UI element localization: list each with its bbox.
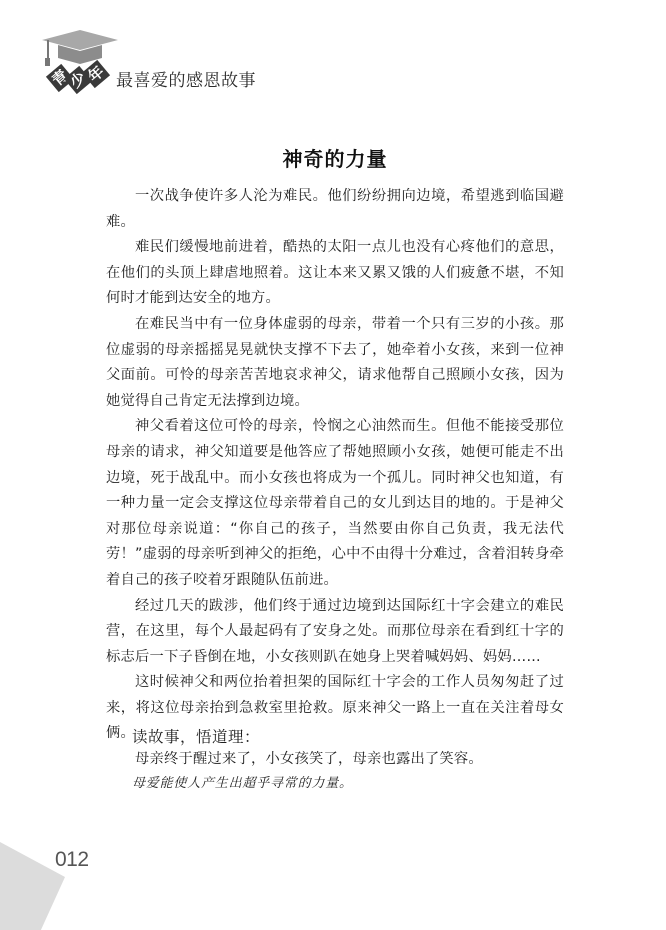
article-title: 神奇的力量 xyxy=(0,143,666,172)
lesson-text: 母爱能使人产生出超乎寻常的力量。 xyxy=(132,772,353,791)
paragraph: 在难民当中有一位身体虚弱的母亲，带着一个只有三岁的小孩。那位虚弱的母亲摇摇晃晃就… xyxy=(106,312,564,414)
page-header: 青 少 年 最喜爱的感恩故事 xyxy=(0,0,666,100)
paragraph: 神父看着这位可怜的母亲，怜悯之心油然而生。但他不能接受那位母亲的请求，神父知道要… xyxy=(106,414,564,593)
series-logo: 青 少 年 xyxy=(48,62,112,94)
paragraph: 难民们缓慢地前进着，酷热的太阳一点儿也没有心疼他们的意思，在他们的头顶上肆虐地照… xyxy=(106,235,564,312)
article-body: 一次战争使许多人沦为难民。他们纷纷拥向边境，希望逃到临国避难。 难民们缓慢地前进… xyxy=(106,184,564,773)
paragraph: 母亲终于醒过来了，小女孩笑了，母亲也露出了笑容。 xyxy=(106,747,564,773)
paragraph: 经过几天的跋涉，他们终于通过边境到达国际红十字会建立的难民营，在这里，每个人最起… xyxy=(106,594,564,671)
page-number: 012 xyxy=(55,848,89,872)
lesson-heading: 读故事，悟道理： xyxy=(132,725,260,747)
paragraph: 一次战争使许多人沦为难民。他们纷纷拥向边境，希望逃到临国避难。 xyxy=(106,184,564,235)
series-title: 最喜爱的感恩故事 xyxy=(116,66,256,91)
